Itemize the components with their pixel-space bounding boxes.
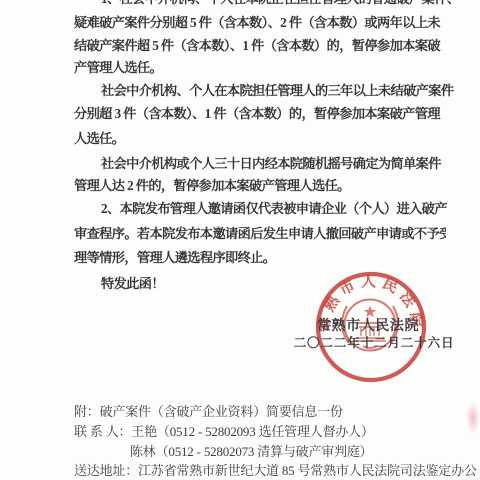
body-line: 1、社会中介机构、个人在本院正在担任管理人的普通破产案件、 — [74, 0, 473, 6]
body-line: 审查程序。若本院发布本邀请函后发生申请人撤回破产申请或不予受 — [74, 223, 446, 241]
body-line: 分别超 3 件（含本数）、1 件（含本数）的，暂停参加本案破产管理 — [74, 103, 446, 121]
body-line: 管理人达 2 件的，暂停参加本案破产管理人选任。 — [74, 175, 446, 193]
scan-smudge-artifact — [466, 402, 480, 434]
scanned-court-letter: 1、社会中介机构、个人在本院正在担任管理人的普通破产案件、 疑难破产案件分别超 … — [0, 0, 480, 480]
attachment-note: 附：破产案件（含破产企业资料）简要信息一份 — [74, 401, 343, 419]
contact-person-line: 联 系 人：王艳（0512 - 52802093 选任管理人督办人） — [74, 421, 374, 439]
body-line: 结破产案件超 5 件（含本数）、1 件（含本数）的，暂停参加本案破 — [74, 35, 446, 53]
contact-person-line: 陈林（0512 - 52802073 清算与破产审判庭） — [130, 441, 372, 459]
body-line: 理等情形，管理人遴选程序即终止。 — [74, 247, 446, 265]
body-line: 2、本院发布管理人邀请函仅代表被申请企业（个人）进入破产 — [74, 198, 473, 216]
signature-date: 二〇二二年十二月二十六日 — [290, 332, 458, 351]
body-line: 人选任。 — [74, 128, 446, 146]
body-line: 社会中介机构或个人三十日内经本院随机摇号确定为简单案件 — [74, 153, 473, 171]
body-line: 产管理人选任。 — [74, 57, 446, 75]
body-line: 疑难破产案件分别超 5 件（含本数）、2 件（含本数）或两年以上未 — [74, 12, 446, 30]
body-line: 社会中介机构、个人在本院担任管理人的三年以上未结破产案件 — [74, 80, 473, 98]
delivery-address-line: 送达地址：江苏省常熟市新世纪大道 85 号常熟市人民法院司法鉴定办公 — [74, 460, 477, 478]
